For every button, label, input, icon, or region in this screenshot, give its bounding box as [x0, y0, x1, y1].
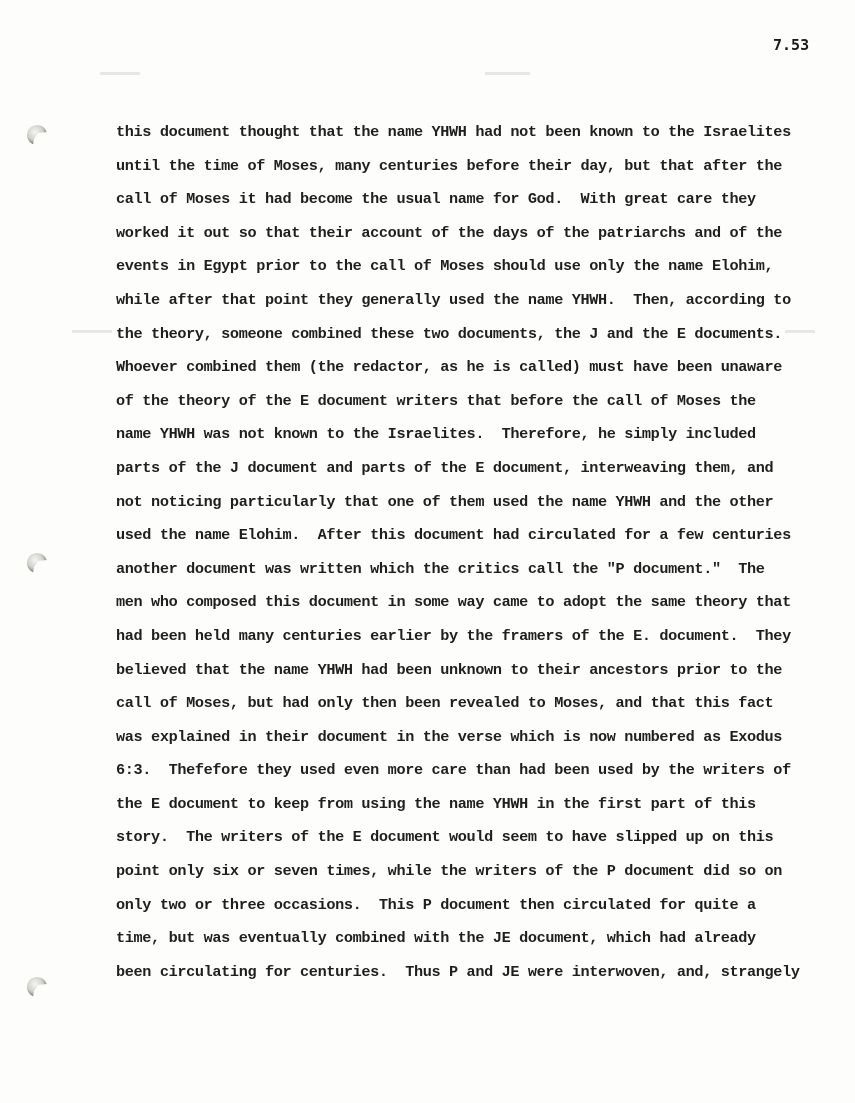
- text-line: believed that the name YHWH had been unk…: [116, 658, 816, 692]
- body-text: this document thought that the name YHWH…: [116, 120, 816, 993]
- text-line: not noticing particularly that one of th…: [116, 490, 816, 524]
- text-line: this document thought that the name YHWH…: [116, 120, 816, 154]
- scan-artifact: [100, 72, 140, 75]
- hole-punch-middle-icon: [27, 553, 47, 573]
- text-line: parts of the J document and parts of the…: [116, 456, 816, 490]
- text-line: events in Egypt prior to the call of Mos…: [116, 254, 816, 288]
- text-line: name YHWH was not known to the Israelite…: [116, 422, 816, 456]
- text-line: used the name Elohim. After this documen…: [116, 523, 816, 557]
- hole-punch-top-icon: [27, 125, 47, 145]
- text-line: while after that point they generally us…: [116, 288, 816, 322]
- scan-artifact: [72, 330, 112, 333]
- document-page: 7.53 this document thought that the name…: [0, 0, 855, 1103]
- scan-artifact: [485, 72, 530, 75]
- text-line: was explained in their document in the v…: [116, 725, 816, 759]
- text-line: been circulating for centuries. Thus P a…: [116, 960, 816, 994]
- text-line: call of Moses it had become the usual na…: [116, 187, 816, 221]
- text-line: men who composed this document in some w…: [116, 590, 816, 624]
- text-line: Whoever combined them (the redactor, as …: [116, 355, 816, 389]
- text-line: time, but was eventually combined with t…: [116, 926, 816, 960]
- text-line: point only six or seven times, while the…: [116, 859, 816, 893]
- text-line: the E document to keep from using the na…: [116, 792, 816, 826]
- page-number: 7.53: [773, 36, 809, 54]
- text-line: until the time of Moses, many centuries …: [116, 154, 816, 188]
- text-line: worked it out so that their account of t…: [116, 221, 816, 255]
- text-line: had been held many centuries earlier by …: [116, 624, 816, 658]
- text-line: of the theory of the E document writers …: [116, 389, 816, 423]
- hole-punch-bottom-icon: [27, 977, 47, 997]
- text-line: the theory, someone combined these two d…: [116, 322, 816, 356]
- text-line: call of Moses, but had only then been re…: [116, 691, 816, 725]
- text-line: story. The writers of the E document wou…: [116, 825, 816, 859]
- text-line: only two or three occasions. This P docu…: [116, 893, 816, 927]
- text-line: another document was written which the c…: [116, 557, 816, 591]
- text-line: 6:3. Thefefore they used even more care …: [116, 758, 816, 792]
